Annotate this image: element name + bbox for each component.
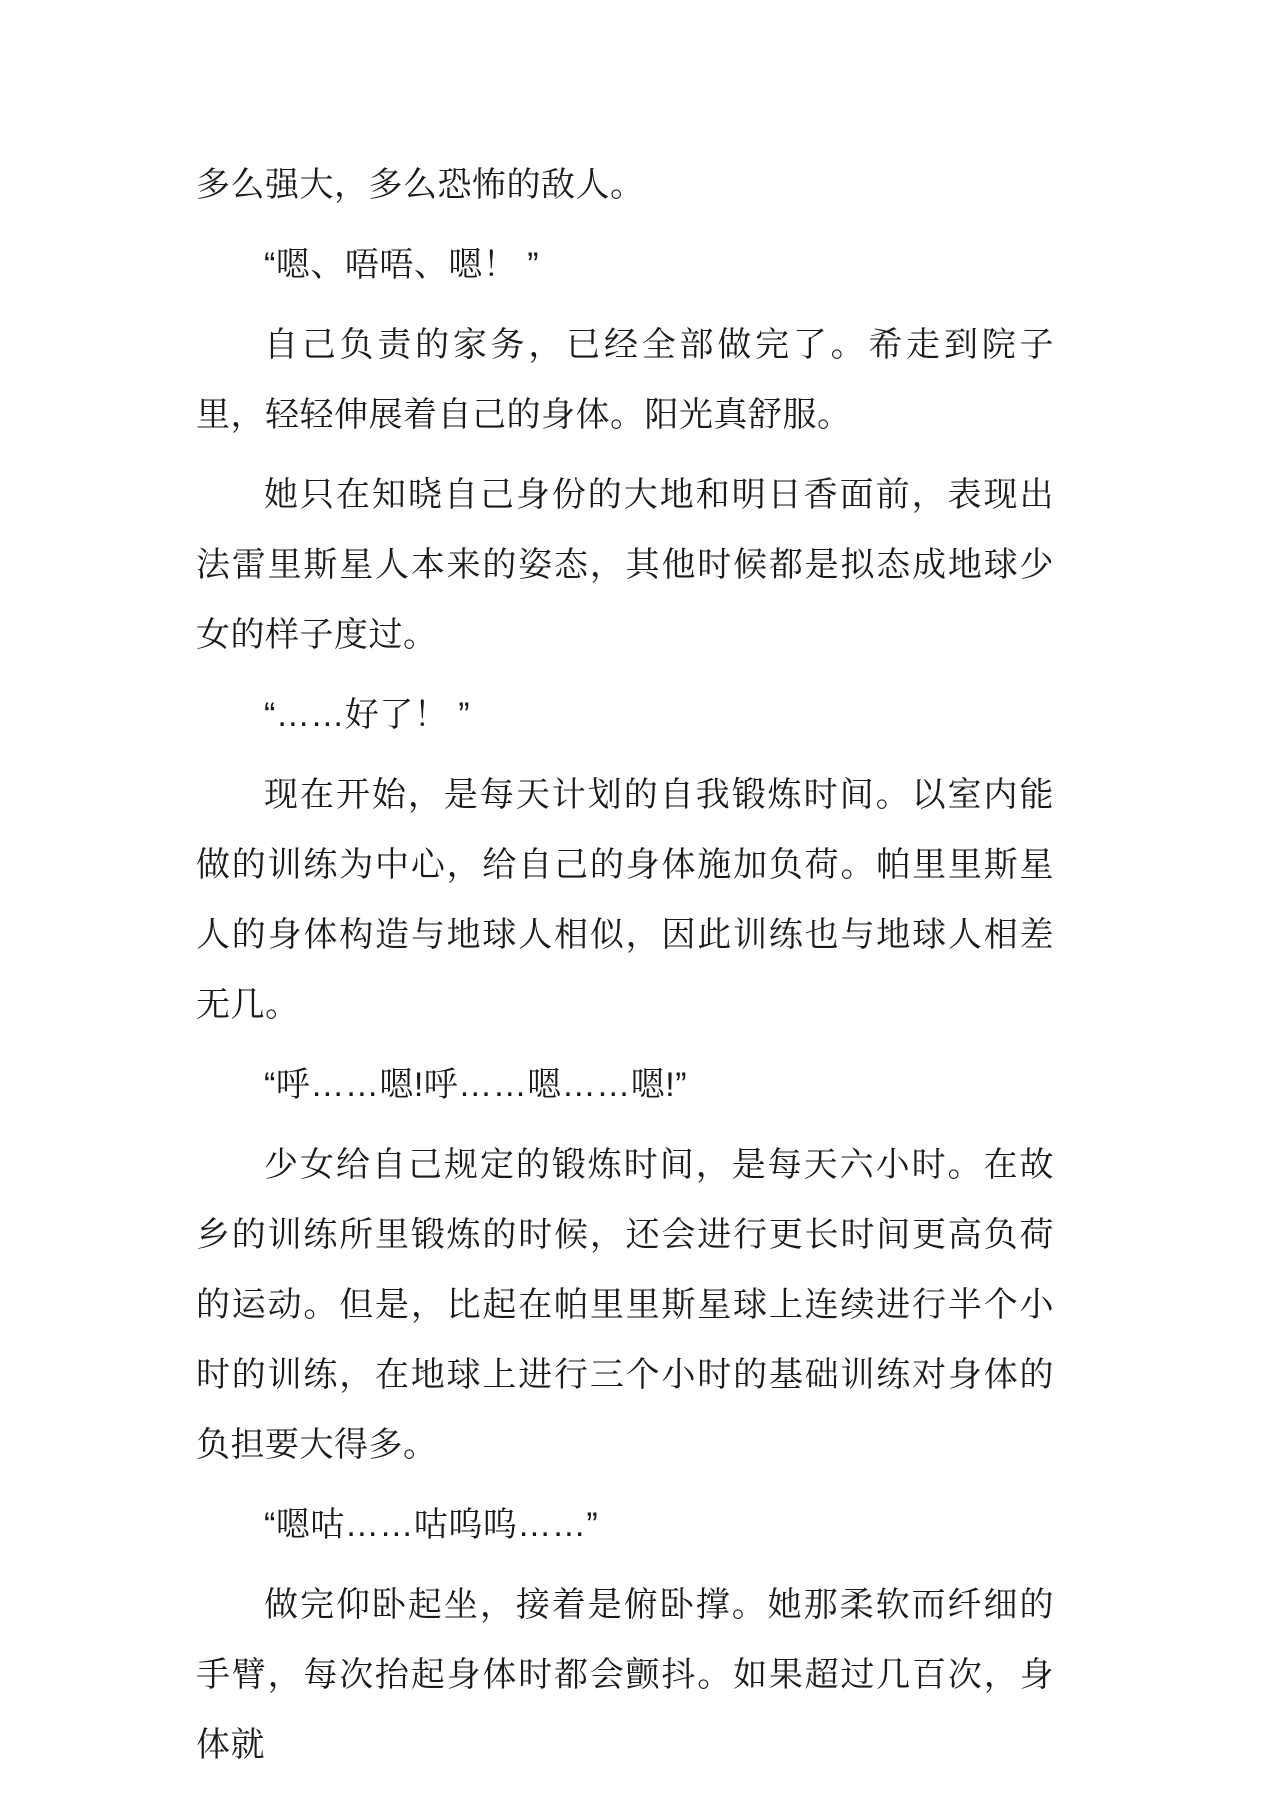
page-text-block: 多么强大，多么恐怖的敌人。 “嗯、唔唔、嗯！ ” 自己负责的家务，已经全部做完了…: [196, 150, 1054, 1780]
paragraph-cutoff: 做完仰卧起坐，接着是俯卧撑。她那柔软而纤细的手臂，每次抬起身体时都会颤抖。如果超…: [196, 1570, 1054, 1780]
paragraph-continuation: 多么强大，多么恐怖的敌人。: [196, 150, 1054, 220]
paragraph: 自己负责的家务，已经全部做完了。希走到院子里，轻轻伸展着自己的身体。阳光真舒服。: [196, 310, 1054, 450]
document-page: 多么强大，多么恐怖的敌人。 “嗯、唔唔、嗯！ ” 自己负责的家务，已经全部做完了…: [0, 0, 1280, 1810]
paragraph: 少女给自己规定的锻炼时间，是每天六小时。在故乡的训练所里锻炼的时候，还会进行更长…: [196, 1130, 1054, 1480]
dialogue-line: “呼……嗯!呼……嗯……嗯!”: [196, 1050, 1054, 1120]
paragraph: 现在开始，是每天计划的自我锻炼时间。以室内能做的训练为中心，给自己的身体施加负荷…: [196, 760, 1054, 1040]
dialogue-line: “嗯、唔唔、嗯！ ”: [196, 230, 1054, 300]
dialogue-line: “……好了！ ”: [196, 680, 1054, 750]
paragraph: 她只在知晓自己身份的大地和明日香面前，表现出法雷里斯星人本来的姿态，其他时候都是…: [196, 460, 1054, 670]
dialogue-line: “嗯咕……咕呜呜……”: [196, 1490, 1054, 1560]
